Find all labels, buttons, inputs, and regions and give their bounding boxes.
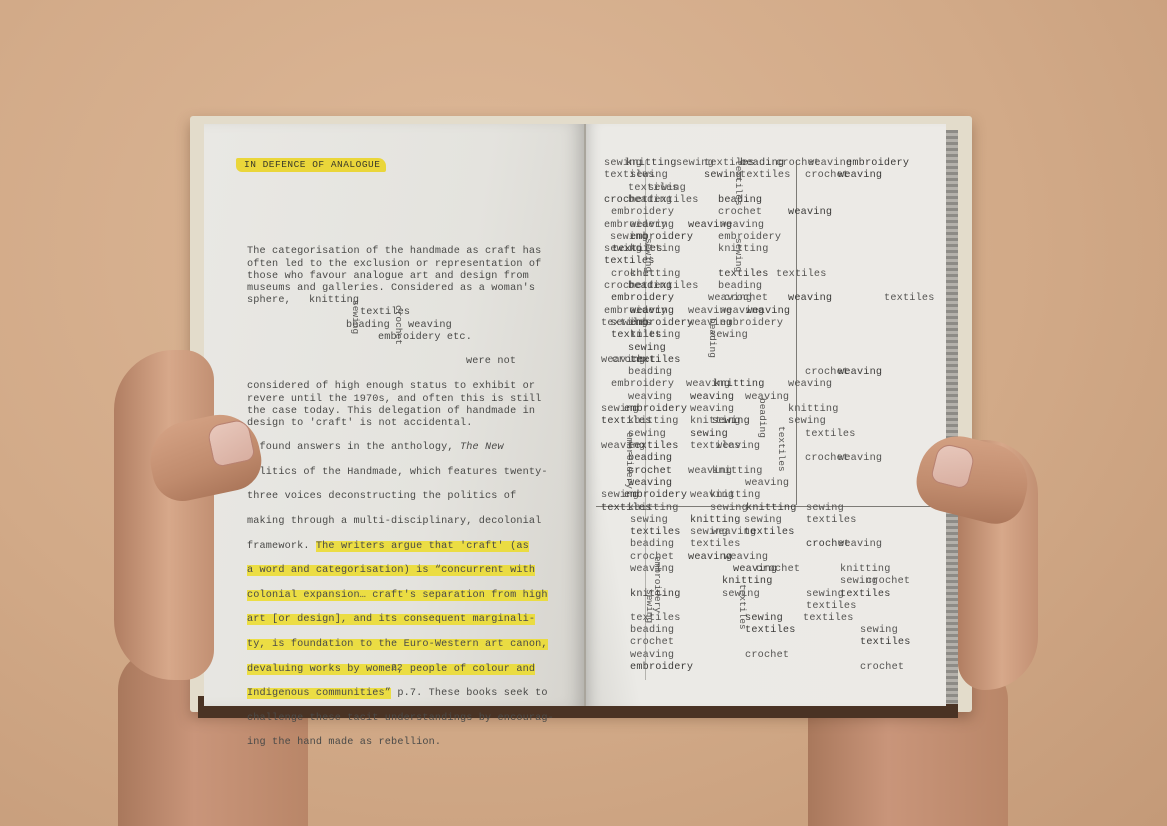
collage-word: embroidery [630,232,693,243]
word-shape-crochet-vertical: crochet [393,305,404,345]
collage-word: sewing [806,503,844,514]
collage-word: textiles [648,195,699,206]
collage-word: sewing [630,515,668,526]
collage-word: knitting [630,269,681,280]
collage-word: knitting [628,503,679,514]
collage-word: embroidery [611,207,674,218]
collage-word: weaving [838,453,882,464]
collage-word: weaving [745,478,789,489]
chapter-heading: IN DEFENCE OF ANALOGUE [236,158,386,172]
collage-word: knitting [626,158,677,169]
collage-word: sewing [860,625,898,636]
page-edge-stack [946,130,958,704]
collage-word: sewing [690,429,728,440]
collage-word: weaving [746,306,790,317]
collage-word: sewing [628,343,666,354]
collage-word: crochet [860,662,904,673]
left-hand [114,350,214,680]
collage-word: weaving [788,379,832,390]
collage-word: weaving [838,170,882,181]
word-shape-weaving: weaving [408,320,452,332]
collage-word: embroidery [624,404,687,415]
highlighted-quote: The writers argue that 'craft' (as [316,541,529,552]
collage-vertical-word: sewing [643,238,654,272]
collage-word: textiles [630,613,681,624]
collage-word: textiles [840,589,891,600]
collage-word: textiles [648,281,699,292]
collage-word: sewing [806,589,844,600]
collage-vertical-word: textiles [733,160,744,206]
collage-word: sewing [788,416,826,427]
collage-word: weaving [788,207,832,218]
collage-word: knitting [710,490,761,501]
collage-word: beading [628,367,672,378]
collage-word: embroidery [624,490,687,501]
collage-word: weaving [720,220,764,231]
collage-word: knitting [712,466,763,477]
page-number: 22 [391,662,403,674]
collage-word: embroidery [846,158,909,169]
paragraph-2-lead: were not [466,356,516,368]
collage-vertical-word: textiles [776,426,787,472]
collage-word: knitting [630,244,681,255]
collage-word: textiles [630,527,681,538]
collage-word: textiles [628,441,679,452]
collage-word: sewing [630,170,668,181]
collage-word: textiles [630,355,681,366]
collage-word: weaving [690,392,734,403]
word-shape-sewing-vertical: sewing [350,300,361,334]
collage-word: textiles [690,539,741,550]
collage-word: beading [630,539,674,550]
collage-word: weaving [838,539,882,550]
collage-vertical-word: sewing [644,589,655,623]
collage-word: textiles [805,429,856,440]
book-spine-gutter [584,124,586,706]
collage-word: sewing [744,515,782,526]
collage-word: knitting [840,564,891,575]
collage-word: embroidery [611,379,674,390]
paragraph-3: I found answers in the anthology, The Ne… [247,430,554,762]
collage-vertical-word: embroidery [624,432,635,489]
collage-word: textiles [884,293,935,304]
collage-word: crochet [724,293,768,304]
collage-word: weaving [630,650,674,661]
collage-vertical-word: sewing [733,238,744,272]
collage-word: knitting [628,416,679,427]
collage-word: embroidery [630,662,693,673]
collage-word: embroidery [611,293,674,304]
collage-word: weaving [724,552,768,563]
collage-word: textiles [776,269,827,280]
collage-word: weaving [716,441,760,452]
collage-word: beading [630,625,674,636]
collage-word: knitting [714,379,765,390]
collage-vertical-word: beading [757,398,768,438]
collage-word: weaving [788,293,832,304]
collage-word: sewing [648,183,686,194]
collage-word: weaving [838,367,882,378]
collage-word: beading [718,281,762,292]
collage-word: crochet [745,650,789,661]
collage-word: sewing [712,416,750,427]
collage-word: embroidery [720,318,783,329]
collage-word: knitting [690,515,741,526]
collage-word: crochet [630,637,674,648]
collage-word: textiles [744,527,795,538]
collage-word: crochet [756,564,800,575]
collage-vertical-word: textiles [737,584,748,630]
collage-word: knitting [746,503,797,514]
collage-word: weaving [630,306,674,317]
collage-word: embroidery [630,318,693,329]
collage-word: textiles [745,625,796,636]
collage-word: textiles [806,515,857,526]
collage-word: textiles [740,170,791,181]
collage-word: embroidery [718,232,781,243]
collage-word: textiles [806,601,857,612]
collage-word: crochet [718,207,762,218]
collage-word: sewing [710,503,748,514]
collage-word: sewing [745,613,783,624]
collage-word: weaving [690,404,734,415]
collage-word: crochet [866,576,910,587]
collage-word: weaving [628,392,672,403]
collage-word: textiles [860,637,911,648]
collage-word: textiles [803,613,854,624]
collage-word: weaving [630,220,674,231]
collage-vertical-word: beading [707,318,718,358]
collage-word: knitting [630,330,681,341]
collage-word: knitting [788,404,839,415]
